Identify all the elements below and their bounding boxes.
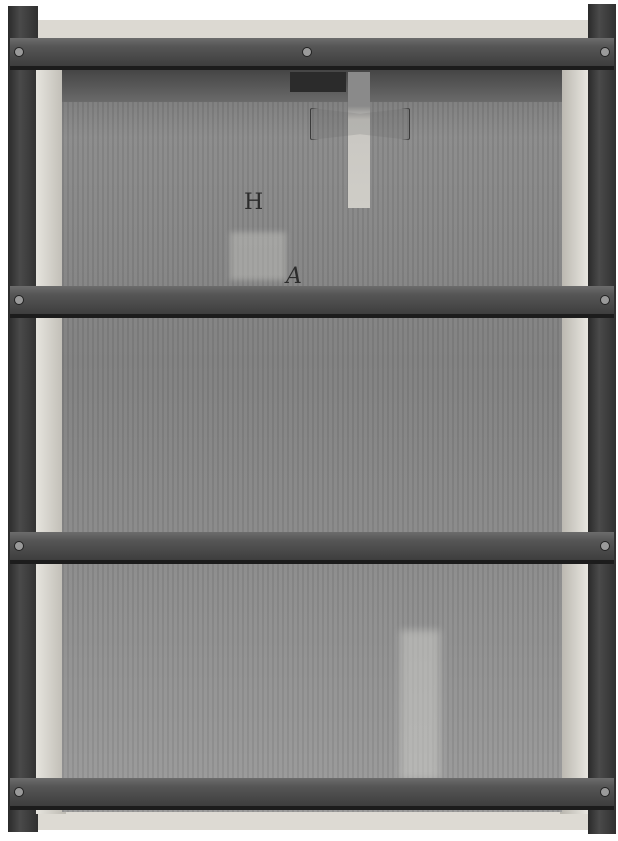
screw-icon	[600, 541, 610, 551]
screw-icon	[14, 295, 24, 305]
screw-icon	[600, 787, 610, 797]
batten-3	[10, 532, 614, 564]
right-frame-post	[588, 4, 616, 834]
screw-icon	[14, 47, 24, 57]
light-patch	[230, 232, 286, 280]
screw-icon	[600, 47, 610, 57]
screw-icon	[600, 295, 610, 305]
batten-2	[10, 286, 614, 318]
right-exposed-edge	[560, 62, 588, 814]
batten-1	[10, 38, 614, 70]
left-frame-post	[8, 6, 38, 832]
inscription-h: H	[244, 190, 263, 215]
screw-icon	[14, 787, 24, 797]
panel-surface	[62, 62, 562, 812]
panel-reverse-photo: H A Black-and-white photograph of the re…	[0, 0, 618, 841]
batten-4	[10, 778, 614, 810]
screw-icon	[302, 47, 312, 57]
light-patch-lower	[400, 630, 440, 780]
cross-marking-vertical	[348, 72, 370, 208]
screw-icon	[14, 541, 24, 551]
collection-label	[290, 72, 346, 92]
